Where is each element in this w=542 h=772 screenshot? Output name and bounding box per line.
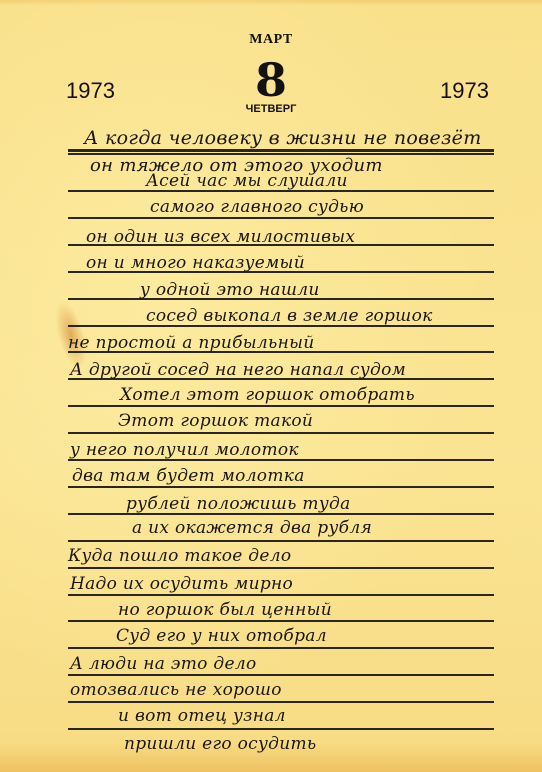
- ruled-line: [68, 486, 494, 488]
- ruled-line: [68, 405, 494, 407]
- ruled-line: [68, 432, 494, 434]
- year-right: 1973: [440, 78, 489, 104]
- handwritten-line: но горшок был ценный: [118, 600, 332, 620]
- ruled-line: [68, 647, 494, 649]
- handwritten-line: он один из всех милостивых: [86, 227, 355, 247]
- handwritten-line: рублей положишь туда: [126, 494, 351, 514]
- handwritten-line: Суд его у них отобрал: [116, 626, 327, 646]
- handwritten-line: Куда пошло такое дело: [68, 546, 291, 566]
- handwritten-line: А другой сосед на него напал судом: [70, 360, 406, 380]
- ruled-line: [68, 701, 494, 703]
- ruled-line: [68, 728, 494, 730]
- ruled-line: [68, 620, 494, 622]
- handwritten-line: А когда человеку в жизни не повезёт: [84, 128, 482, 148]
- handwritten-line: Этот горшок такой: [118, 411, 313, 431]
- handwritten-line: не простой а прибыльный: [68, 333, 314, 353]
- month-label: МАРТ: [0, 32, 542, 48]
- handwritten-line: у него получил молоток: [70, 440, 299, 460]
- handwritten-line: два там будет молотка: [72, 466, 305, 486]
- weekday-label: ЧЕТВЕРГ: [0, 103, 542, 115]
- handwritten-line: отозвались не хорошо: [70, 680, 282, 700]
- handwritten-line: Хотел этот горшок отобрать: [120, 385, 415, 405]
- handwritten-line: и вот отец узнал: [118, 706, 286, 726]
- ruled-line: [68, 594, 494, 596]
- handwritten-line: а их окажется два рубля: [132, 518, 372, 538]
- handwritten-line: он и много наказуемый: [86, 253, 305, 273]
- handwritten-line: сосед выкопал в земле горшок: [146, 306, 433, 326]
- handwritten-line: у одной это нашли: [140, 280, 320, 300]
- ruled-line: [68, 217, 494, 219]
- handwritten-line: Асей час мы слушали: [146, 171, 348, 191]
- handwritten-line: самого главного судью: [150, 197, 364, 217]
- diary-page: МАРТ 1973 8 1973 ЧЕТВЕРГ А когда человек…: [0, 0, 542, 772]
- handwritten-line: А люди на это дело: [70, 654, 257, 674]
- handwritten-line: Надо их осудить мирно: [70, 574, 293, 594]
- ruled-line: [68, 540, 494, 542]
- ruled-line: [68, 674, 494, 676]
- ruled-line: [68, 567, 494, 569]
- handwritten-line: пришли его осудить: [124, 734, 316, 754]
- top-double-rule: [68, 149, 494, 152]
